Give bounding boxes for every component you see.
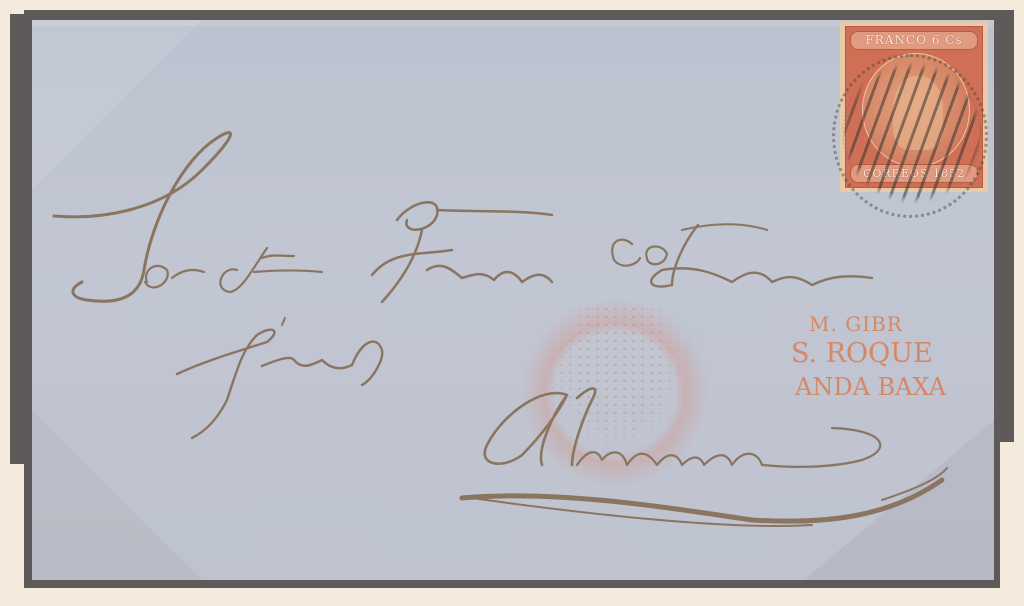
album-mount-edge-right xyxy=(1000,10,1014,442)
album-mount-edge-left xyxy=(10,14,26,464)
handwritten-address xyxy=(32,20,994,580)
letter-cover: FRANCO 6 Cs CORREOS 1852 M. GIBR S. ROQU… xyxy=(32,20,994,580)
